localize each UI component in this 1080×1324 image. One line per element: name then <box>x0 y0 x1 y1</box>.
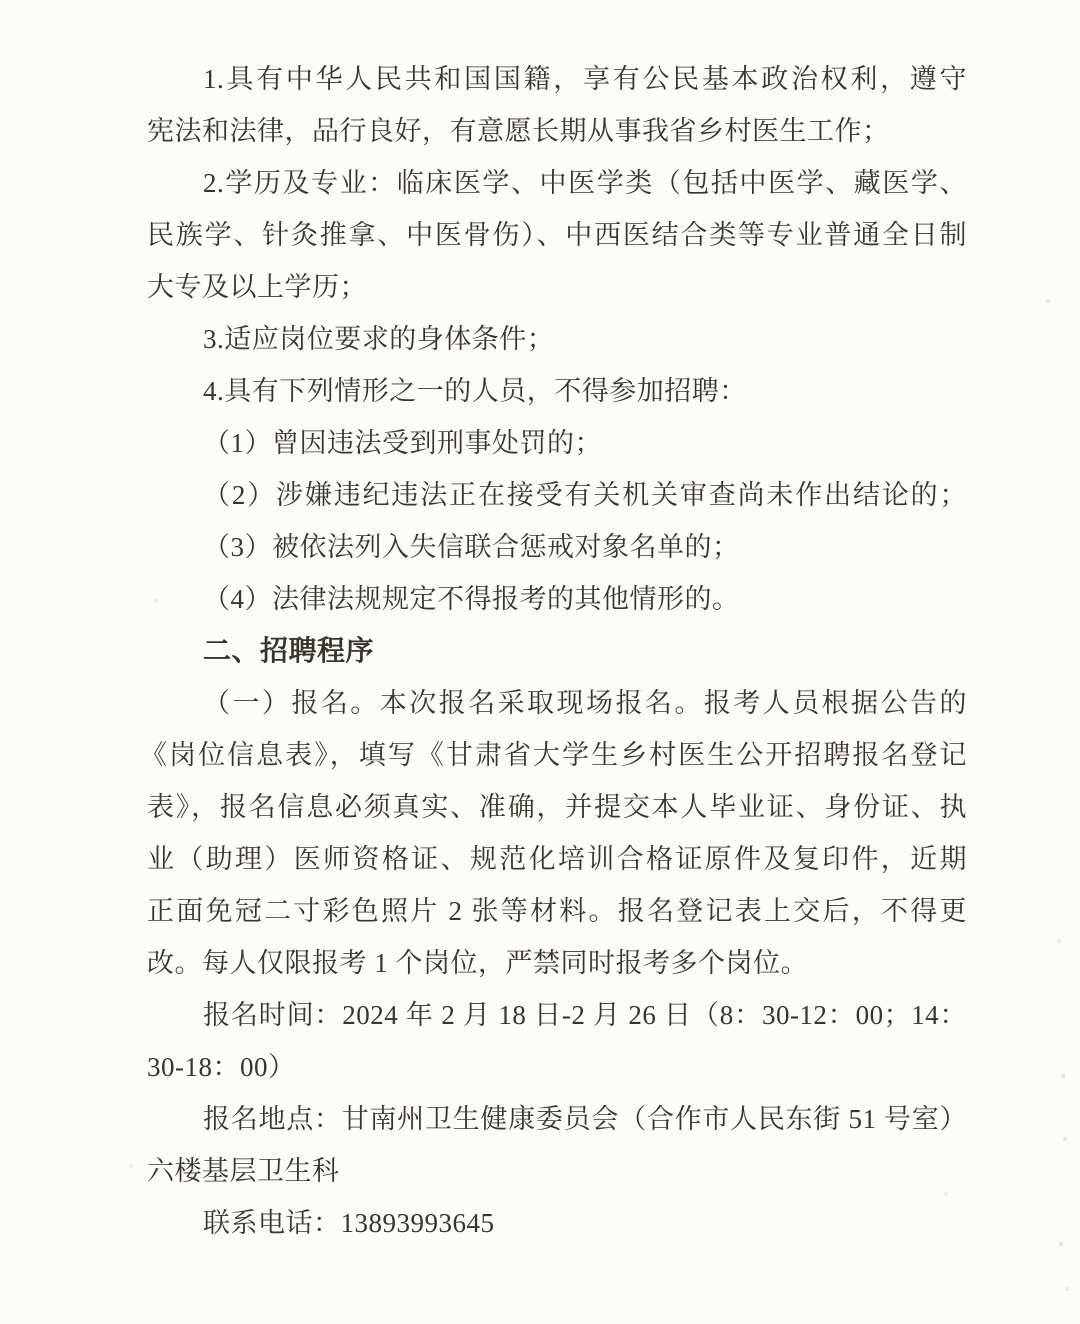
registration-para-line-4: 业（助理）医师资格证、规范化培训合格证原件及复印件，近期 <box>147 833 967 885</box>
contact-phone-line: 联系电话：13893993645 <box>147 1197 967 1249</box>
condition-1-line-2: 宪法和法律，品行良好，有意愿长期从事我省乡村医生工作； <box>147 105 967 157</box>
registration-location-line-1: 报名地点：甘南州卫生健康委员会（合作市人民东街 51 号室） <box>147 1093 967 1145</box>
registration-para-line-3: 表》，报名信息必须真实、准确，并提交本人毕业证、身份证、执 <box>147 781 967 833</box>
registration-para-line-2: 《岗位信息表》，填写《甘肃省大学生乡村医生公开招聘报名登记 <box>140 729 967 781</box>
condition-2-line-1: 2.学历及专业：临床医学、中医学类（包括中医学、藏医学、 <box>147 157 967 209</box>
condition-4-subitem-2: （2）涉嫌违纪违法正在接受有关机关审查尚未作出结论的； <box>147 469 967 521</box>
registration-time-line-2: 30-18：00） <box>147 1041 967 1093</box>
registration-para-line-6: 改。每人仅限报考 1 个岗位，严禁同时报考多个岗位。 <box>147 937 967 989</box>
registration-para-line-1: （一）报名。本次报名采取现场报名。报考人员根据公告的 <box>147 677 967 729</box>
condition-3: 3.适应岗位要求的身体条件； <box>147 313 967 365</box>
registration-location-line-2: 六楼基层卫生科 <box>147 1145 967 1197</box>
condition-1-line-1: 1.具有中华人民共和国国籍，享有公民基本政治权利，遵守 <box>147 53 967 105</box>
section-heading-recruitment-procedure: 二、招聘程序 <box>147 625 967 677</box>
condition-2-line-3: 大专及以上学历； <box>147 261 967 313</box>
registration-para-line-5: 正面免冠二寸彩色照片 2 张等材料。报名登记表上交后，不得更 <box>147 885 967 937</box>
condition-4: 4.具有下列情形之一的人员，不得参加招聘： <box>147 365 967 417</box>
scan-noise-speckles <box>0 0 2 2</box>
condition-4-subitem-1: （1）曾因违法受到刑事处罚的； <box>147 417 967 469</box>
condition-4-subitem-4: （4）法律法规规定不得报考的其他情形的。 <box>147 573 967 625</box>
condition-4-subitem-3: （3）被依法列入失信联合惩戒对象名单的； <box>147 521 967 573</box>
scanned-document-page: 1.具有中华人民共和国国籍，享有公民基本政治权利，遵守 宪法和法律，品行良好，有… <box>0 0 1080 1324</box>
registration-time-line-1: 报名时间：2024 年 2 月 18 日-2 月 26 日（8：30-12：00… <box>147 989 967 1041</box>
condition-2-line-2: 民族学、针灸推拿、中医骨伤）、中西医结合类等专业普通全日制 <box>147 209 967 261</box>
